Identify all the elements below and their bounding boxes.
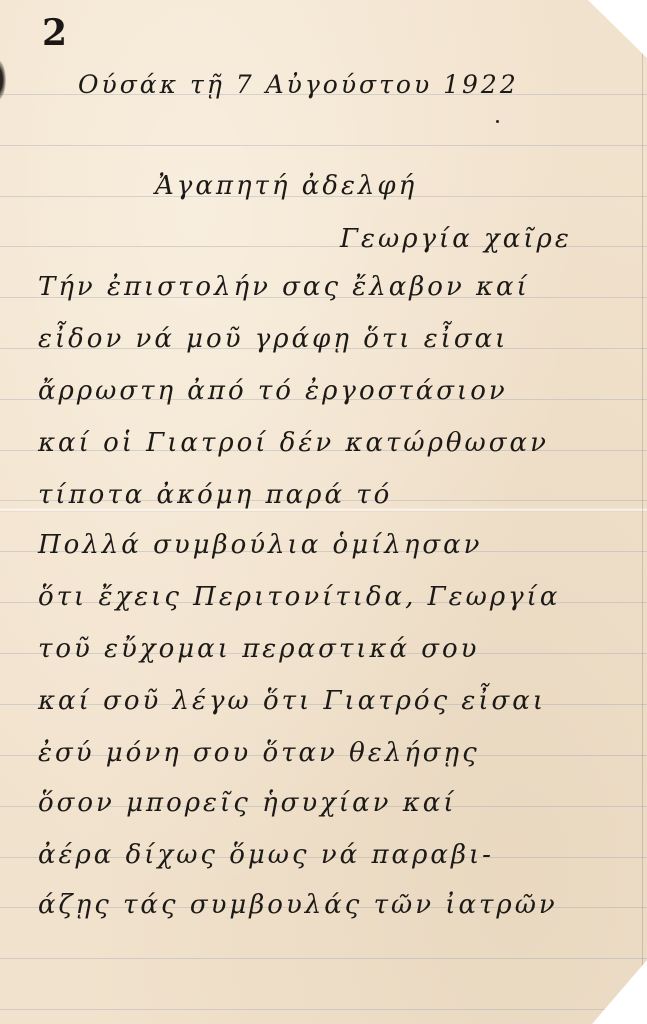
page-number: 2 xyxy=(42,12,67,54)
body-line: Πολλά συμβούλια ὁμίλησαν xyxy=(38,530,482,560)
body-line: τίποτα ἀκόμη παρά τό xyxy=(38,480,392,510)
body-line: ἄρρωστη ἀπό τό ἐργοστάσιον xyxy=(38,376,508,406)
body-line: τοῦ εὔχομαι περαστικά σου xyxy=(38,634,479,664)
body-line: ὅσον μπορεῖς ἡσυχίαν καί xyxy=(38,788,457,818)
body-line: ὅτι ἔχεις Περιτονίτιδα, Γεωργία xyxy=(38,582,560,612)
body-line: άζῃς τάς συμβουλάς τῶν ἰατρῶν xyxy=(38,890,558,920)
body-line: καί οἱ Γιατροί δέν κατώρθωσαν xyxy=(38,428,549,458)
body-line: Τήν ἐπιστολήν σας ἔλαβον καί xyxy=(38,272,530,302)
body-line: εἶδον νά μοῦ γράφῃ ὅτι εἶσαι xyxy=(38,324,508,354)
body-line: ἐσύ μόνη σου ὅταν θελήσῃς xyxy=(38,738,480,768)
paper-edge xyxy=(642,40,643,970)
ruled-line xyxy=(0,1009,647,1010)
body-line: καί σοῦ λέγω ὅτι Γιατρός εἶσαι xyxy=(38,686,546,716)
ink-dot xyxy=(496,120,499,123)
body-line: ἀέρα δίχως ὅμως νά παραβι- xyxy=(38,840,494,870)
dateline: Ούσάκ τῇ 7 Αὐγούστου 1922 xyxy=(78,70,519,99)
ruled-line xyxy=(0,958,647,959)
letter-sheet: 2 Ούσάκ τῇ 7 Αὐγούστου 1922 Ἀγαπητή ἀδελ… xyxy=(0,0,647,1024)
salutation-line-2: Γεωργία χαῖρε xyxy=(340,224,572,254)
salutation-line-1: Ἀγαπητή ἀδελφή xyxy=(155,171,417,201)
ruled-line xyxy=(0,145,647,146)
